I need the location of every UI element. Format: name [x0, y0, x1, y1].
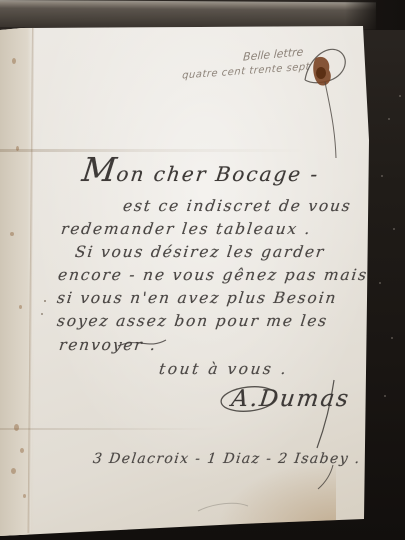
pencil-arc: [198, 503, 248, 511]
isabey-descender: [318, 465, 333, 489]
renvoyer-swash: [118, 340, 166, 346]
signature-paraph: [317, 380, 334, 448]
ink-blot-core: [316, 67, 326, 79]
letter-photograph: Belle lettre quatre cent trente sept Mon…: [0, 0, 405, 540]
ink-flourishes: [0, 0, 405, 540]
signature-flourish: [220, 384, 278, 414]
ink-drip-stroke: [325, 82, 336, 158]
